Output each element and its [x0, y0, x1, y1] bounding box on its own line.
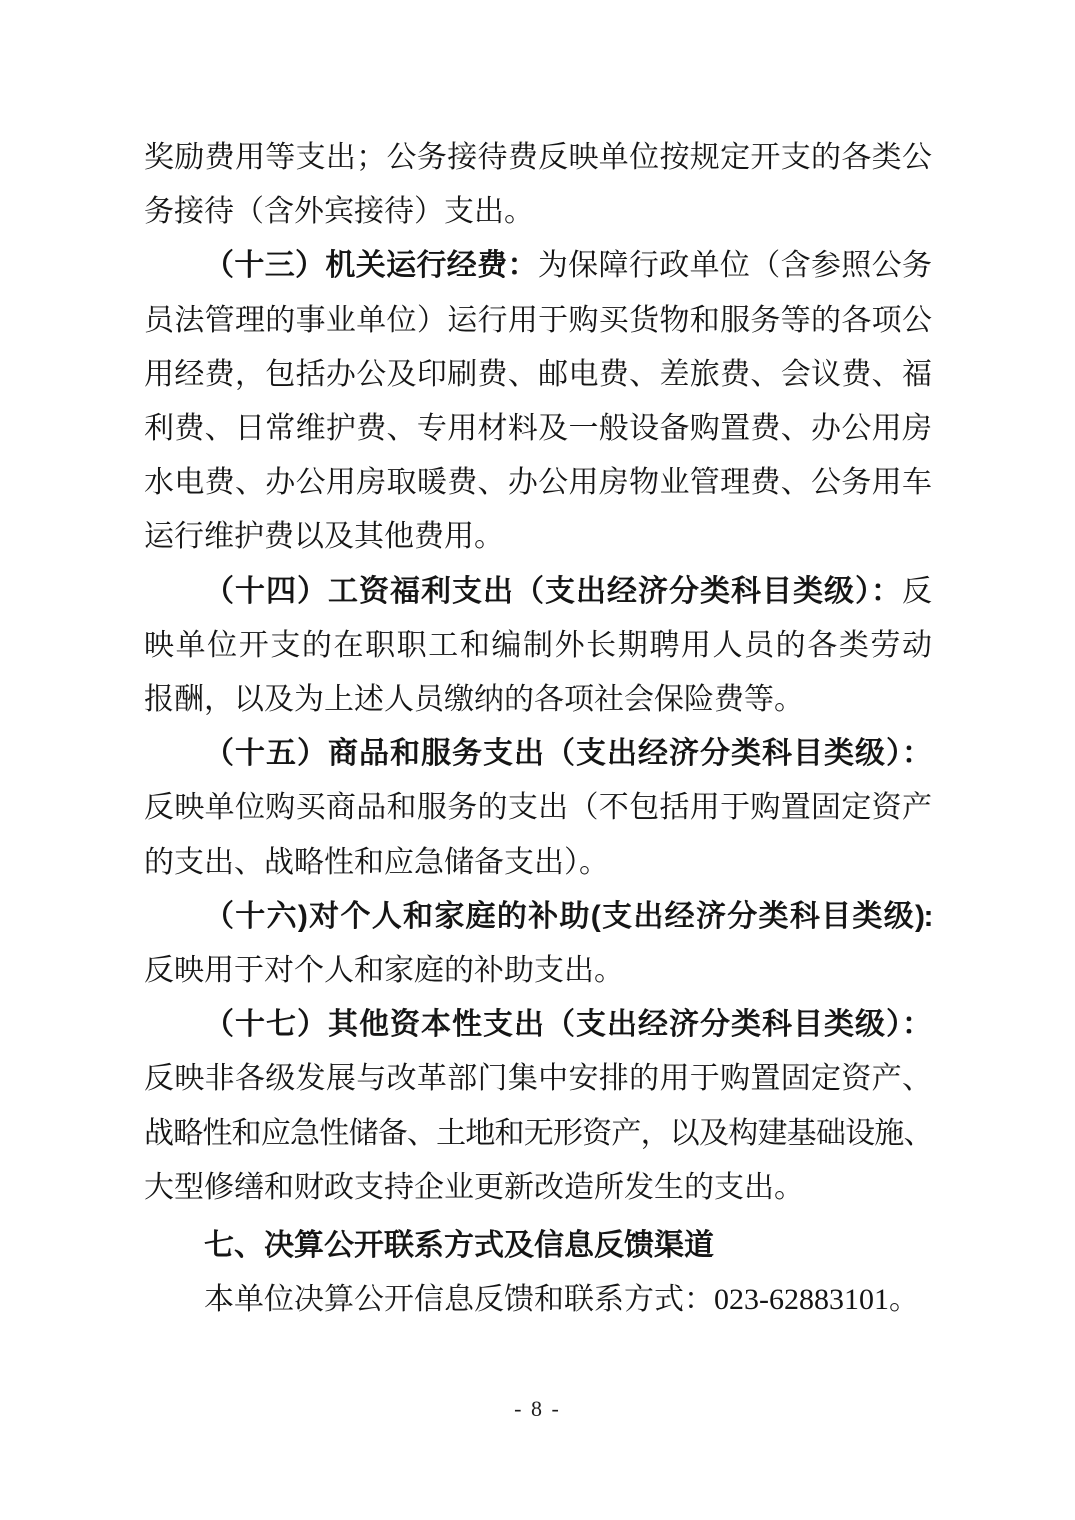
text-line: 反映用于对个人和家庭的补助支出。 — [144, 944, 932, 998]
text-run: 战略性和应急性储备、土地和无形资产，以及构建基础设施、 — [144, 1117, 932, 1150]
text-line: 映单位开支的在职职工和编制外长期聘用人员的各类劳动 — [144, 619, 932, 673]
text-run: 反映非各级发展与改革部门集中安排的用于购置固定资产、 — [144, 1062, 932, 1095]
text-line: 报酬，以及为上述人员缴纳的各项社会保险费等。 — [144, 673, 932, 727]
text-run: 本单位决算公开信息反馈和联系方式：023-62883101。 — [204, 1283, 919, 1316]
text-run: 七、决算公开联系方式及信息反馈渠道 — [204, 1229, 714, 1262]
text-run: 大型修缮和财政支持企业更新改造所发生的支出。 — [144, 1171, 804, 1204]
text-line: 用经费，包括办公及印刷费、邮电费、差旅费、会议费、福 — [144, 348, 932, 402]
text-line: 大型修缮和财政支持企业更新改造所发生的支出。 — [144, 1161, 932, 1215]
text-run: （十四）工资福利支出（支出经济分类科目类级）： — [204, 575, 902, 608]
text-line: （十五）商品和服务支出（支出经济分类科目类级）： — [144, 727, 932, 781]
text-run: 务接待（含外宾接待）支出。 — [144, 195, 534, 228]
section-heading: 七、决算公开联系方式及信息反馈渠道 — [144, 1219, 932, 1273]
text-line: 务接待（含外宾接待）支出。 — [144, 185, 932, 239]
text-run: 映单位开支的在职职工和编制外长期聘用人员的各类劳动 — [144, 629, 932, 662]
text-run: （十七）其他资本性支出（支出经济分类科目类级）： — [204, 1008, 932, 1041]
text-run: 运行维护费以及其他费用。 — [144, 520, 504, 553]
text-run: 报酬，以及为上述人员缴纳的各项社会保险费等。 — [144, 683, 804, 716]
text-run: 员法管理的事业单位）运行用于购买货物和服务等的各项公 — [144, 304, 932, 337]
text-line: 的支出、战略性和应急储备支出）。 — [144, 836, 932, 890]
text-line: 员法管理的事业单位）运行用于购买货物和服务等的各项公 — [144, 294, 932, 348]
text-run: 反映单位购买商品和服务的支出（不包括用于购置固定资产 — [144, 791, 932, 824]
text-run: 反 — [902, 575, 932, 608]
text-line: 反映单位购买商品和服务的支出（不包括用于购置固定资产 — [144, 781, 932, 835]
document-body: 奖励费用等支出；公务接待费反映单位按规定开支的各类公务接待（含外宾接待）支出。（… — [144, 131, 932, 1327]
text-line: （十七）其他资本性支出（支出经济分类科目类级）： — [144, 998, 932, 1052]
text-run: （十六)对个人和家庭的补助(支出经济分类科目类级): — [204, 900, 932, 933]
text-line: 运行维护费以及其他费用。 — [144, 510, 932, 564]
text-run: 的支出、战略性和应急储备支出）。 — [144, 846, 609, 879]
text-run: （十三）机关运行经费： — [204, 249, 538, 282]
text-run: 为保障行政单位（含参照公务 — [538, 249, 932, 282]
text-run: （十五）商品和服务支出（支出经济分类科目类级）： — [204, 737, 932, 770]
document-page: 奖励费用等支出；公务接待费反映单位按规定开支的各类公务接待（含外宾接待）支出。（… — [0, 0, 1075, 1520]
text-line: 战略性和应急性储备、土地和无形资产，以及构建基础设施、 — [144, 1107, 932, 1161]
text-line: 反映非各级发展与改革部门集中安排的用于购置固定资产、 — [144, 1052, 932, 1106]
text-line: （十三）机关运行经费：为保障行政单位（含参照公务 — [144, 239, 932, 293]
text-run: 水电费、办公用房取暖费、办公用房物业管理费、公务用车 — [144, 466, 932, 499]
text-line: 利费、日常维护费、专用材料及一般设备购置费、办公用房 — [144, 402, 932, 456]
text-run: 奖励费用等支出；公务接待费反映单位按规定开支的各类公 — [144, 141, 932, 174]
text-line: 奖励费用等支出；公务接待费反映单位按规定开支的各类公 — [144, 131, 932, 185]
text-run: 反映用于对个人和家庭的补助支出。 — [144, 954, 624, 987]
text-line: 水电费、办公用房取暖费、办公用房物业管理费、公务用车 — [144, 456, 932, 510]
text-line: （十六)对个人和家庭的补助(支出经济分类科目类级): — [144, 890, 932, 944]
page-number: - 8 - — [0, 1396, 1075, 1422]
text-line: 本单位决算公开信息反馈和联系方式：023-62883101。 — [144, 1273, 932, 1327]
text-line: （十四）工资福利支出（支出经济分类科目类级）：反 — [144, 565, 932, 619]
text-run: 利费、日常维护费、专用材料及一般设备购置费、办公用房 — [144, 412, 932, 445]
text-run: 用经费，包括办公及印刷费、邮电费、差旅费、会议费、福 — [144, 358, 932, 391]
